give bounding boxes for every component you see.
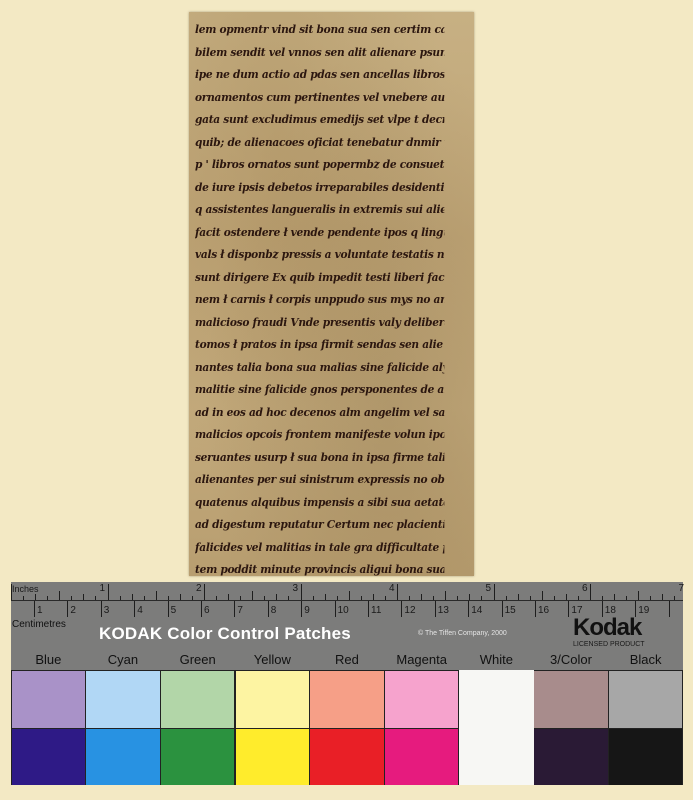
patch-light-magenta: [385, 671, 459, 728]
patch-light-green: [161, 671, 235, 728]
inch-tick: [120, 596, 121, 600]
manuscript-line-text: nantes talia bona sua malias sine falici…: [195, 360, 444, 374]
manuscript-line-text: quib; de alienacoes oficiat tenebatur dn…: [195, 135, 444, 149]
cm-number: 17: [571, 605, 582, 616]
inch-tick: [554, 596, 555, 600]
inch-tick: [602, 596, 603, 600]
inch-number: 3: [293, 583, 299, 594]
cm-number: 18: [605, 605, 616, 616]
inch-tick: [469, 594, 470, 600]
manuscript-line-text: p ' libros ornatos sunt popermbz de cons…: [195, 157, 444, 171]
inch-tick: [23, 596, 24, 600]
manuscript-line: tomos ł pratos in ipsa firmit sendas sen…: [195, 333, 444, 356]
manuscript-line-text: tomos ł pratos in ipsa firmit sendas sen…: [195, 337, 443, 351]
manuscript-line-text: alienantes per sui sinistrum expressis n…: [195, 472, 444, 486]
cm-tick: [201, 601, 202, 617]
patch-dark-green: [161, 729, 235, 785]
cm-number: 12: [404, 605, 415, 616]
inch-number: 7: [679, 583, 685, 594]
inch-tick: [71, 596, 72, 600]
cm-number: 10: [338, 605, 349, 616]
manuscript-line-text: ipe ne dum actio ad pdas sen ancellas li…: [195, 67, 444, 81]
inch-tick: [518, 594, 519, 600]
centimetres-label: Centimetres: [12, 619, 66, 630]
manuscript-line-text: malicioso fraudi Vnde presentis valy del…: [195, 315, 444, 329]
cm-number: 13: [438, 605, 449, 616]
inch-number: 6: [582, 583, 588, 594]
manuscript-line: gata sunt excludimus emedijs set vlpe t …: [195, 108, 444, 131]
inch-tick: [108, 584, 109, 600]
patch-label-white: White: [459, 652, 534, 667]
patch-light-yellow: [236, 671, 310, 728]
manuscript-line-text: de iure ipsis debetos irreparabiles desi…: [195, 180, 444, 194]
manuscript-line: malicioso fraudi Vnde presentis valy del…: [195, 311, 444, 334]
manuscript-line-text: malitie sine falicide gnos persponentes …: [195, 382, 444, 396]
manuscript-line: ad in eos ad hoc decenos alm angelim vel…: [195, 401, 444, 424]
manuscript-line: lem opmentr vind sit bona sua sen certim…: [195, 18, 444, 41]
inch-tick: [11, 584, 12, 600]
manuscript-line-text: vals ł disponbz pressis a voluntate test…: [195, 247, 444, 261]
inch-number: 2: [196, 583, 202, 594]
manuscript-line-text: sunt dirigere Ex quib impedit testi libe…: [195, 270, 444, 284]
manuscript-line: facit ostendere ł vende pendente ipos q …: [195, 221, 444, 244]
manuscript-line-text: lem opmentr vind sit bona sua sen certim…: [195, 22, 444, 36]
inch-number: 5: [486, 583, 492, 594]
cm-tick: [401, 601, 402, 617]
inch-tick: [192, 596, 193, 600]
cm-number: 8: [271, 605, 277, 616]
inch-tick: [276, 594, 277, 600]
cm-tick: [435, 601, 436, 617]
patch-light-3-color: [534, 671, 608, 728]
inch-tick: [204, 584, 205, 600]
inch-tick: [626, 596, 627, 600]
inch-tick: [216, 596, 217, 600]
patch-label-red: Red: [310, 652, 385, 667]
inch-tick: [264, 596, 265, 600]
patch-light-red: [310, 671, 384, 728]
inch-tick: [397, 584, 398, 600]
inch-tick: [180, 594, 181, 600]
manuscript-line: malitie sine falicide gnos persponentes …: [195, 378, 444, 401]
inch-tick: [252, 591, 253, 600]
inch-tick: [566, 594, 567, 600]
inch-tick: [445, 591, 446, 600]
cm-tick: [67, 601, 68, 617]
cm-tick: [368, 601, 369, 617]
cm-number: 6: [204, 605, 210, 616]
manuscript-line: vals ł disponbz pressis a voluntate test…: [195, 243, 444, 266]
inch-tick: [530, 596, 531, 600]
manuscript-line: sunt dirigere Ex quib impedit testi libe…: [195, 266, 444, 289]
inch-number: 4: [389, 583, 395, 594]
inch-tick: [301, 584, 302, 600]
manuscript-line-text: gata sunt excludimus emedijs set vlpe t …: [195, 112, 444, 126]
cm-number: 1: [37, 605, 43, 616]
manuscript-line-text: ad digestum reputatur Certum nec placien…: [195, 517, 444, 531]
cm-number: 11: [371, 605, 381, 616]
cm-tick: [34, 601, 35, 617]
cm-tick: [602, 601, 603, 617]
patch-label-cyan: Cyan: [86, 652, 161, 667]
inch-tick: [361, 596, 362, 600]
manuscript-line-text: tem poddit minute provincis aligui bona …: [195, 562, 444, 576]
cm-tick: [168, 601, 169, 617]
cm-tick: [101, 601, 102, 617]
manuscript-line-text: bilem sendit vel vnnos sen alit alienare…: [195, 45, 444, 59]
inch-tick: [433, 596, 434, 600]
manuscript-line: p ' libros ornatos sunt popermbz de cons…: [195, 153, 444, 176]
patch-labels: BlueCyanGreenYellowRedMagentaWhite3/Colo…: [11, 652, 683, 670]
inch-tick: [650, 596, 651, 600]
inch-tick: [144, 596, 145, 600]
cm-tick: [301, 601, 302, 617]
manuscript-line: nantes talia bona sua malias sine falici…: [195, 356, 444, 379]
inch-tick: [674, 596, 675, 600]
patch-label-green: Green: [160, 652, 235, 667]
cm-number: 15: [505, 605, 516, 616]
inch-number: 1: [100, 583, 106, 594]
inch-tick: [325, 594, 326, 600]
manuscript-line: seruantes usurp ł sua bona in ipsa firme…: [195, 446, 444, 469]
inch-tick: [47, 596, 48, 600]
patch-dark-3-color: [534, 729, 608, 785]
manuscript-line-text: facit ostendere ł vende pendente ipos q …: [195, 225, 444, 239]
manuscript-line: falicides vel malitias in tale gra diffi…: [195, 536, 444, 559]
manuscript-line: ad digestum reputatur Certum nec placien…: [195, 513, 444, 536]
manuscript-line-text: nem ł carnis ł corpis unppudo sus mys no…: [195, 292, 444, 306]
manuscript-line: alienantes per sui sinistrum expressis n…: [195, 468, 444, 491]
cm-tick: [635, 601, 636, 617]
manuscript-line: quatenus alquibus impensis a sibi sua ae…: [195, 491, 444, 514]
cm-number: 7: [237, 605, 243, 616]
inch-tick: [95, 596, 96, 600]
inch-tick: [457, 596, 458, 600]
inch-tick: [288, 596, 289, 600]
inch-tick: [313, 596, 314, 600]
manuscript-line-text: quatenus alquibus impensis a sibi sua ae…: [195, 495, 444, 509]
cm-number: 14: [471, 605, 482, 616]
manuscript-line-text: ad in eos ad hoc decenos alm angelim vel…: [195, 405, 444, 419]
inch-tick: [662, 594, 663, 600]
manuscript-line: ornamentos cum pertinentes vel vnebere a…: [195, 86, 444, 109]
patch-dark-cyan: [86, 729, 160, 785]
manuscript-line: malicios opcois frontem manifeste volun …: [195, 423, 444, 446]
cm-tick: [568, 601, 569, 617]
manuscript-line: de iure ipsis debetos irreparabiles desi…: [195, 176, 444, 199]
inch-tick: [349, 591, 350, 600]
color-control-chart: Inches 12345678 Centimetres KODAK Color …: [11, 582, 683, 670]
manuscript-line-text: seruantes usurp ł sua bona in ipsa firme…: [195, 450, 444, 464]
inch-tick: [542, 591, 543, 600]
patch-label-magenta: Magenta: [384, 652, 459, 667]
patch-dark-yellow: [236, 729, 310, 785]
inch-tick: [638, 591, 639, 600]
cm-tick: [134, 601, 135, 617]
cm-number: 16: [538, 605, 549, 616]
inch-tick: [337, 596, 338, 600]
patch-white: [459, 670, 534, 785]
cm-number: 2: [70, 605, 76, 616]
inch-tick: [59, 591, 60, 600]
manuscript-line: bilem sendit vel vnnos sen alit alienare…: [195, 41, 444, 64]
patch-dark-red: [310, 729, 384, 785]
patch-label-blue: Blue: [11, 652, 86, 667]
patch-dark-blue: [12, 729, 86, 785]
inch-ruler: Inches 12345678: [11, 582, 683, 601]
patch-light-cyan: [86, 671, 160, 728]
inch-tick: [494, 584, 495, 600]
inch-tick: [506, 596, 507, 600]
inch-tick: [240, 596, 241, 600]
manuscript-line: quib; de alienacoes oficiat tenebatur dn…: [195, 131, 444, 154]
cm-number: 9: [304, 605, 310, 616]
patch-label-3-color: 3/Color: [534, 652, 609, 667]
cm-tick: [268, 601, 269, 617]
inch-tick: [481, 596, 482, 600]
cm-tick: [535, 601, 536, 617]
manuscript-line: q assistentes langueralis in extremis su…: [195, 198, 444, 221]
kodak-logo: Kodak: [573, 614, 641, 642]
cm-number: 19: [638, 605, 649, 616]
patch-label-black: Black: [608, 652, 683, 667]
licensed-product-text: LICENSED PRODUCT: [573, 641, 645, 648]
inch-tick: [590, 584, 591, 600]
inches-label: Inches: [12, 584, 39, 594]
manuscript-line-text: falicides vel malitias in tale gra diffi…: [195, 540, 444, 554]
inch-tick: [228, 594, 229, 600]
cm-tick: [502, 601, 503, 617]
patch-light-black: [609, 671, 683, 728]
inch-tick: [421, 594, 422, 600]
patch-light-blue: [12, 671, 86, 728]
cm-number: 5: [171, 605, 177, 616]
inch-tick: [409, 596, 410, 600]
copyright-text: © The Tiffen Company, 2000: [418, 630, 507, 637]
inch-tick: [373, 594, 374, 600]
inch-tick: [35, 594, 36, 600]
inch-tick: [83, 594, 84, 600]
patch-dark-black: [609, 729, 683, 785]
manuscript-fragment: lem opmentr vind sit bona sua sen certim…: [189, 12, 474, 576]
inch-tick: [385, 596, 386, 600]
inch-tick: [156, 591, 157, 600]
inch-tick: [168, 596, 169, 600]
manuscript-line: tem poddit minute provincis aligui bona …: [195, 558, 444, 576]
cm-number: 4: [137, 605, 143, 616]
color-patches: [11, 670, 683, 785]
manuscript-line-text: q assistentes langueralis in extremis su…: [195, 202, 444, 216]
inch-tick: [578, 596, 579, 600]
manuscript-line: ipe ne dum actio ad pdas sen ancellas li…: [195, 63, 444, 86]
patch-dark-magenta: [385, 729, 459, 785]
cm-tick: [468, 601, 469, 617]
manuscript-line-text: malicios opcois frontem manifeste volun …: [195, 427, 444, 441]
cm-tick: [669, 601, 670, 617]
inch-tick: [132, 594, 133, 600]
cm-number: 3: [104, 605, 110, 616]
manuscript-line: nem ł carnis ł corpis unppudo sus mys no…: [195, 288, 444, 311]
patch-label-yellow: Yellow: [235, 652, 310, 667]
inch-tick: [614, 594, 615, 600]
chart-title: KODAK Color Control Patches: [99, 624, 351, 644]
manuscript-line-text: ornamentos cum pertinentes vel vnebere a…: [195, 90, 444, 104]
manuscript-text: lem opmentr vind sit bona sua sen certim…: [195, 18, 466, 576]
cm-tick: [335, 601, 336, 617]
cm-tick: [234, 601, 235, 617]
